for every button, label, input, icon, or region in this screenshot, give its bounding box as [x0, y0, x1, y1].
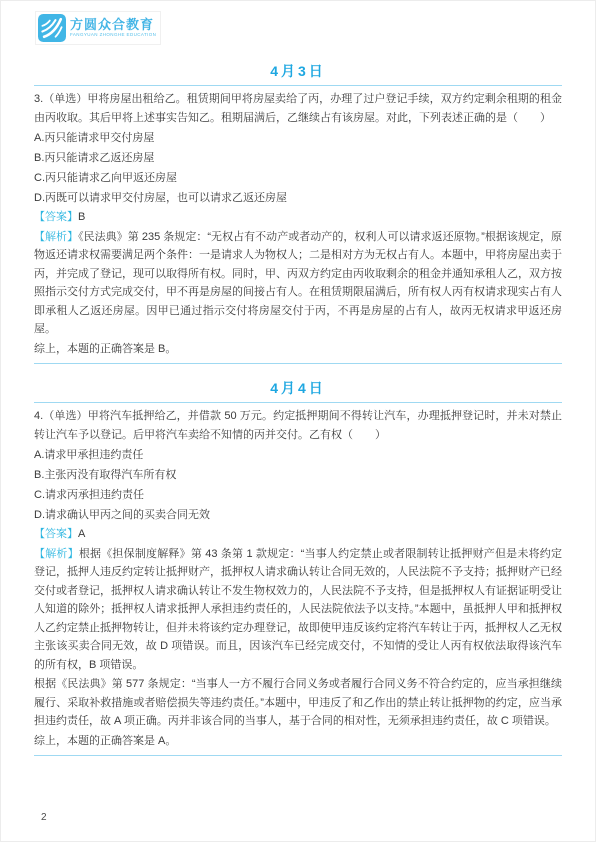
option-a: A.丙只能请求甲交付房屋: [34, 129, 562, 148]
logo-text: 方圆众合教育 FANGYUAN ZHONGHE EDUCATION: [70, 18, 156, 38]
answer-line: 【答案】A: [34, 525, 562, 544]
divider-top: [34, 402, 562, 403]
option-c: C.丙只能请求乙向甲返还房屋: [34, 169, 562, 188]
document-page: 方圆众合教育 FANGYUAN ZHONGHE EDUCATION 4月3日 3…: [0, 0, 596, 842]
conclusion-line: 综上，本题的正确答案是 B。: [34, 340, 562, 359]
answer-value: A: [78, 528, 85, 540]
question-text: 4.（单选）甲将汽车抵押给乙，并借款 50 万元。约定抵押期间不得转让汽车，办理…: [34, 407, 562, 444]
analysis-paragraph-2: 根据《民法典》第 577 条规定：“当事人一方不履行合同义务或者履行合同义务不符…: [34, 675, 562, 731]
analysis-paragraph: 【解析】《民法典》第 235 条规定：“无权占有不动产或者动产的，权利人可以请求…: [34, 228, 562, 339]
option-c: C.请求丙承担违约责任: [34, 486, 562, 505]
answer-value: B: [78, 211, 85, 223]
page-number: 2: [41, 812, 47, 823]
conclusion-line: 综上，本题的正确答案是 A。: [34, 732, 562, 751]
section-april-3: 4月3日 3.（单选）甲将房屋出租给乙。租赁期间甲将房屋卖给了丙，办理了过户登记…: [34, 61, 562, 364]
question-text: 3.（单选）甲将房屋出租给乙。租赁期间甲将房屋卖给了丙，办理了过户登记手续，双方…: [34, 90, 562, 127]
answer-label-marker: 【答案】: [34, 528, 78, 540]
divider-bottom: [34, 363, 562, 364]
date-heading-april-3: 4月3日: [34, 61, 562, 81]
analysis-label-marker: 【解析】: [34, 548, 79, 560]
date-heading-april-4: 4月4日: [34, 378, 562, 398]
option-b: B.丙只能请求乙返还房屋: [34, 149, 562, 168]
divider-bottom: [34, 755, 562, 756]
analysis-text: 《民法典》第 235 条规定：“无权占有不动产或者动产的，权利人可以请求返还原物…: [34, 231, 562, 336]
page-content: 方圆众合教育 FANGYUAN ZHONGHE EDUCATION 4月3日 3…: [1, 1, 595, 756]
option-d: D.请求确认甲丙之间的买卖合同无效: [34, 506, 562, 525]
analysis-paragraph-1: 【解析】根据《担保制度解释》第 43 条第 1 款规定：“当事人约定禁止或者限制…: [34, 545, 562, 675]
logo-bird-icon: [38, 14, 66, 42]
divider-top: [34, 85, 562, 86]
answer-label-marker: 【答案】: [34, 211, 78, 223]
analysis-label-marker: 【解析】: [34, 231, 78, 243]
answer-line: 【答案】B: [34, 208, 562, 227]
page-footer: 2: [41, 812, 47, 823]
section-april-4: 4月4日 4.（单选）甲将汽车抵押给乙，并借款 50 万元。约定抵押期间不得转让…: [34, 378, 562, 756]
option-a: A.请求甲承担违约责任: [34, 446, 562, 465]
logo-subtitle: FANGYUAN ZHONGHE EDUCATION: [70, 32, 156, 38]
logo: 方圆众合教育 FANGYUAN ZHONGHE EDUCATION: [35, 11, 161, 45]
option-d: D.丙既可以请求甲交付房屋，也可以请求乙返还房屋: [34, 189, 562, 208]
analysis-text: 根据《担保制度解释》第 43 条第 1 款规定：“当事人约定禁止或者限制转让抵押…: [34, 548, 562, 671]
logo-title: 方圆众合教育: [70, 18, 156, 32]
option-b: B.主张丙没有取得汽车所有权: [34, 466, 562, 485]
